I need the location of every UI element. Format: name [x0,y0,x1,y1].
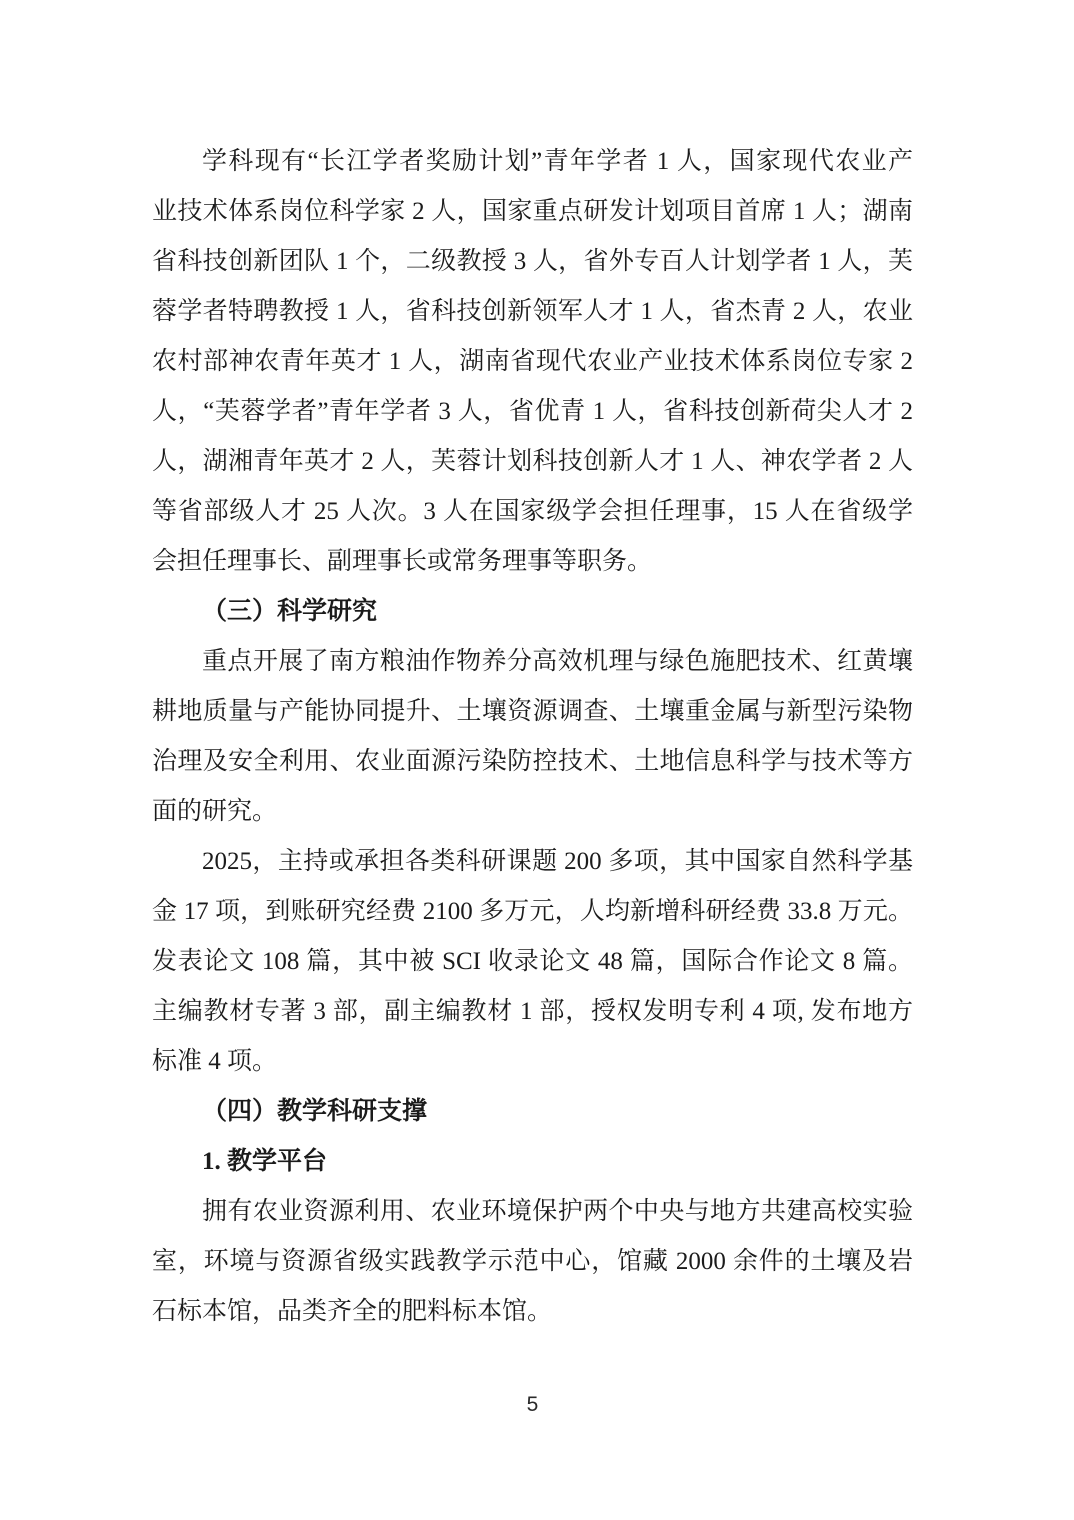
text-line: 耕地质量与产能协同提升、土壤资源调查、土壤重金属与新型污染物 [152,687,913,737]
text-line: 发表论文 108 篇，其中被 SCI 收录论文 48 篇，国际合作论文 8 篇。 [152,937,913,987]
text-line: 业技术体系岗位科学家 2 人，国家重点研发计划项目首席 1 人；湖南 [152,187,913,237]
text-line: 省科技创新团队 1 个，二级教授 3 人，省外专百人计划学者 1 人，芙 [152,237,913,287]
text-line: 标准 4 项。 [152,1037,913,1087]
paragraph: 重点开展了南方粮油作物养分高效机理与绿色施肥技术、红黄壤耕地质量与产能协同提升、… [152,637,913,837]
text-line: 拥有农业资源利用、农业环境保护两个中央与地方共建高校实验 [152,1187,913,1237]
document-page: 学科现有“长江学者奖励计划”青年学者 1 人，国家现代农业产业技术体系岗位科学家… [0,0,1074,1520]
text-line: 主编教材专著 3 部，副主编教材 1 部，授权发明专利 4 项, 发布地方 [152,987,913,1037]
section-heading: （四）教学科研支撑 [152,1087,913,1137]
paragraph: 2025，主持或承担各类科研课题 200 多项，其中国家自然科学基金 17 项，… [152,837,913,1087]
text-line: 重点开展了南方粮油作物养分高效机理与绿色施肥技术、红黄壤 [152,637,913,687]
text-line: 室，环境与资源省级实践教学示范中心，馆藏 2000 余件的土壤及岩 [152,1237,913,1287]
subsection-heading: 1. 教学平台 [152,1137,913,1187]
document-body: 学科现有“长江学者奖励计划”青年学者 1 人，国家现代农业产业技术体系岗位科学家… [152,137,913,1337]
text-line: 人，湖湘青年英才 2 人，芙蓉计划科技创新人才 1 人、神农学者 2 人 [152,437,913,487]
text-line: 蓉学者特聘教授 1 人，省科技创新领军人才 1 人，省杰青 2 人，农业 [152,287,913,337]
page-number: 5 [152,1390,913,1420]
section-heading: （三）科学研究 [152,587,913,637]
text-line: 等省部级人才 25 人次。3 人在国家级学会担任理事，15 人在省级学 [152,487,913,537]
text-line: 治理及安全利用、农业面源污染防控技术、土地信息科学与技术等方 [152,737,913,787]
text-line: 金 17 项，到账研究经费 2100 多万元，人均新增科研经费 33.8 万元。 [152,887,913,937]
text-line: 农村部神农青年英才 1 人，湖南省现代农业产业技术体系岗位专家 2 [152,337,913,387]
text-line: 2025，主持或承担各类科研课题 200 多项，其中国家自然科学基 [152,837,913,887]
paragraph: 拥有农业资源利用、农业环境保护两个中央与地方共建高校实验室，环境与资源省级实践教… [152,1187,913,1337]
paragraph: 学科现有“长江学者奖励计划”青年学者 1 人，国家现代农业产业技术体系岗位科学家… [152,137,913,587]
text-line: 面的研究。 [152,787,913,837]
text-line: 会担任理事长、副理事长或常务理事等职务。 [152,537,913,587]
text-line: 学科现有“长江学者奖励计划”青年学者 1 人，国家现代农业产 [152,137,913,187]
text-line: 石标本馆，品类齐全的肥料标本馆。 [152,1287,913,1337]
text-line: 人，“芙蓉学者”青年学者 3 人，省优青 1 人，省科技创新荷尖人才 2 [152,387,913,437]
